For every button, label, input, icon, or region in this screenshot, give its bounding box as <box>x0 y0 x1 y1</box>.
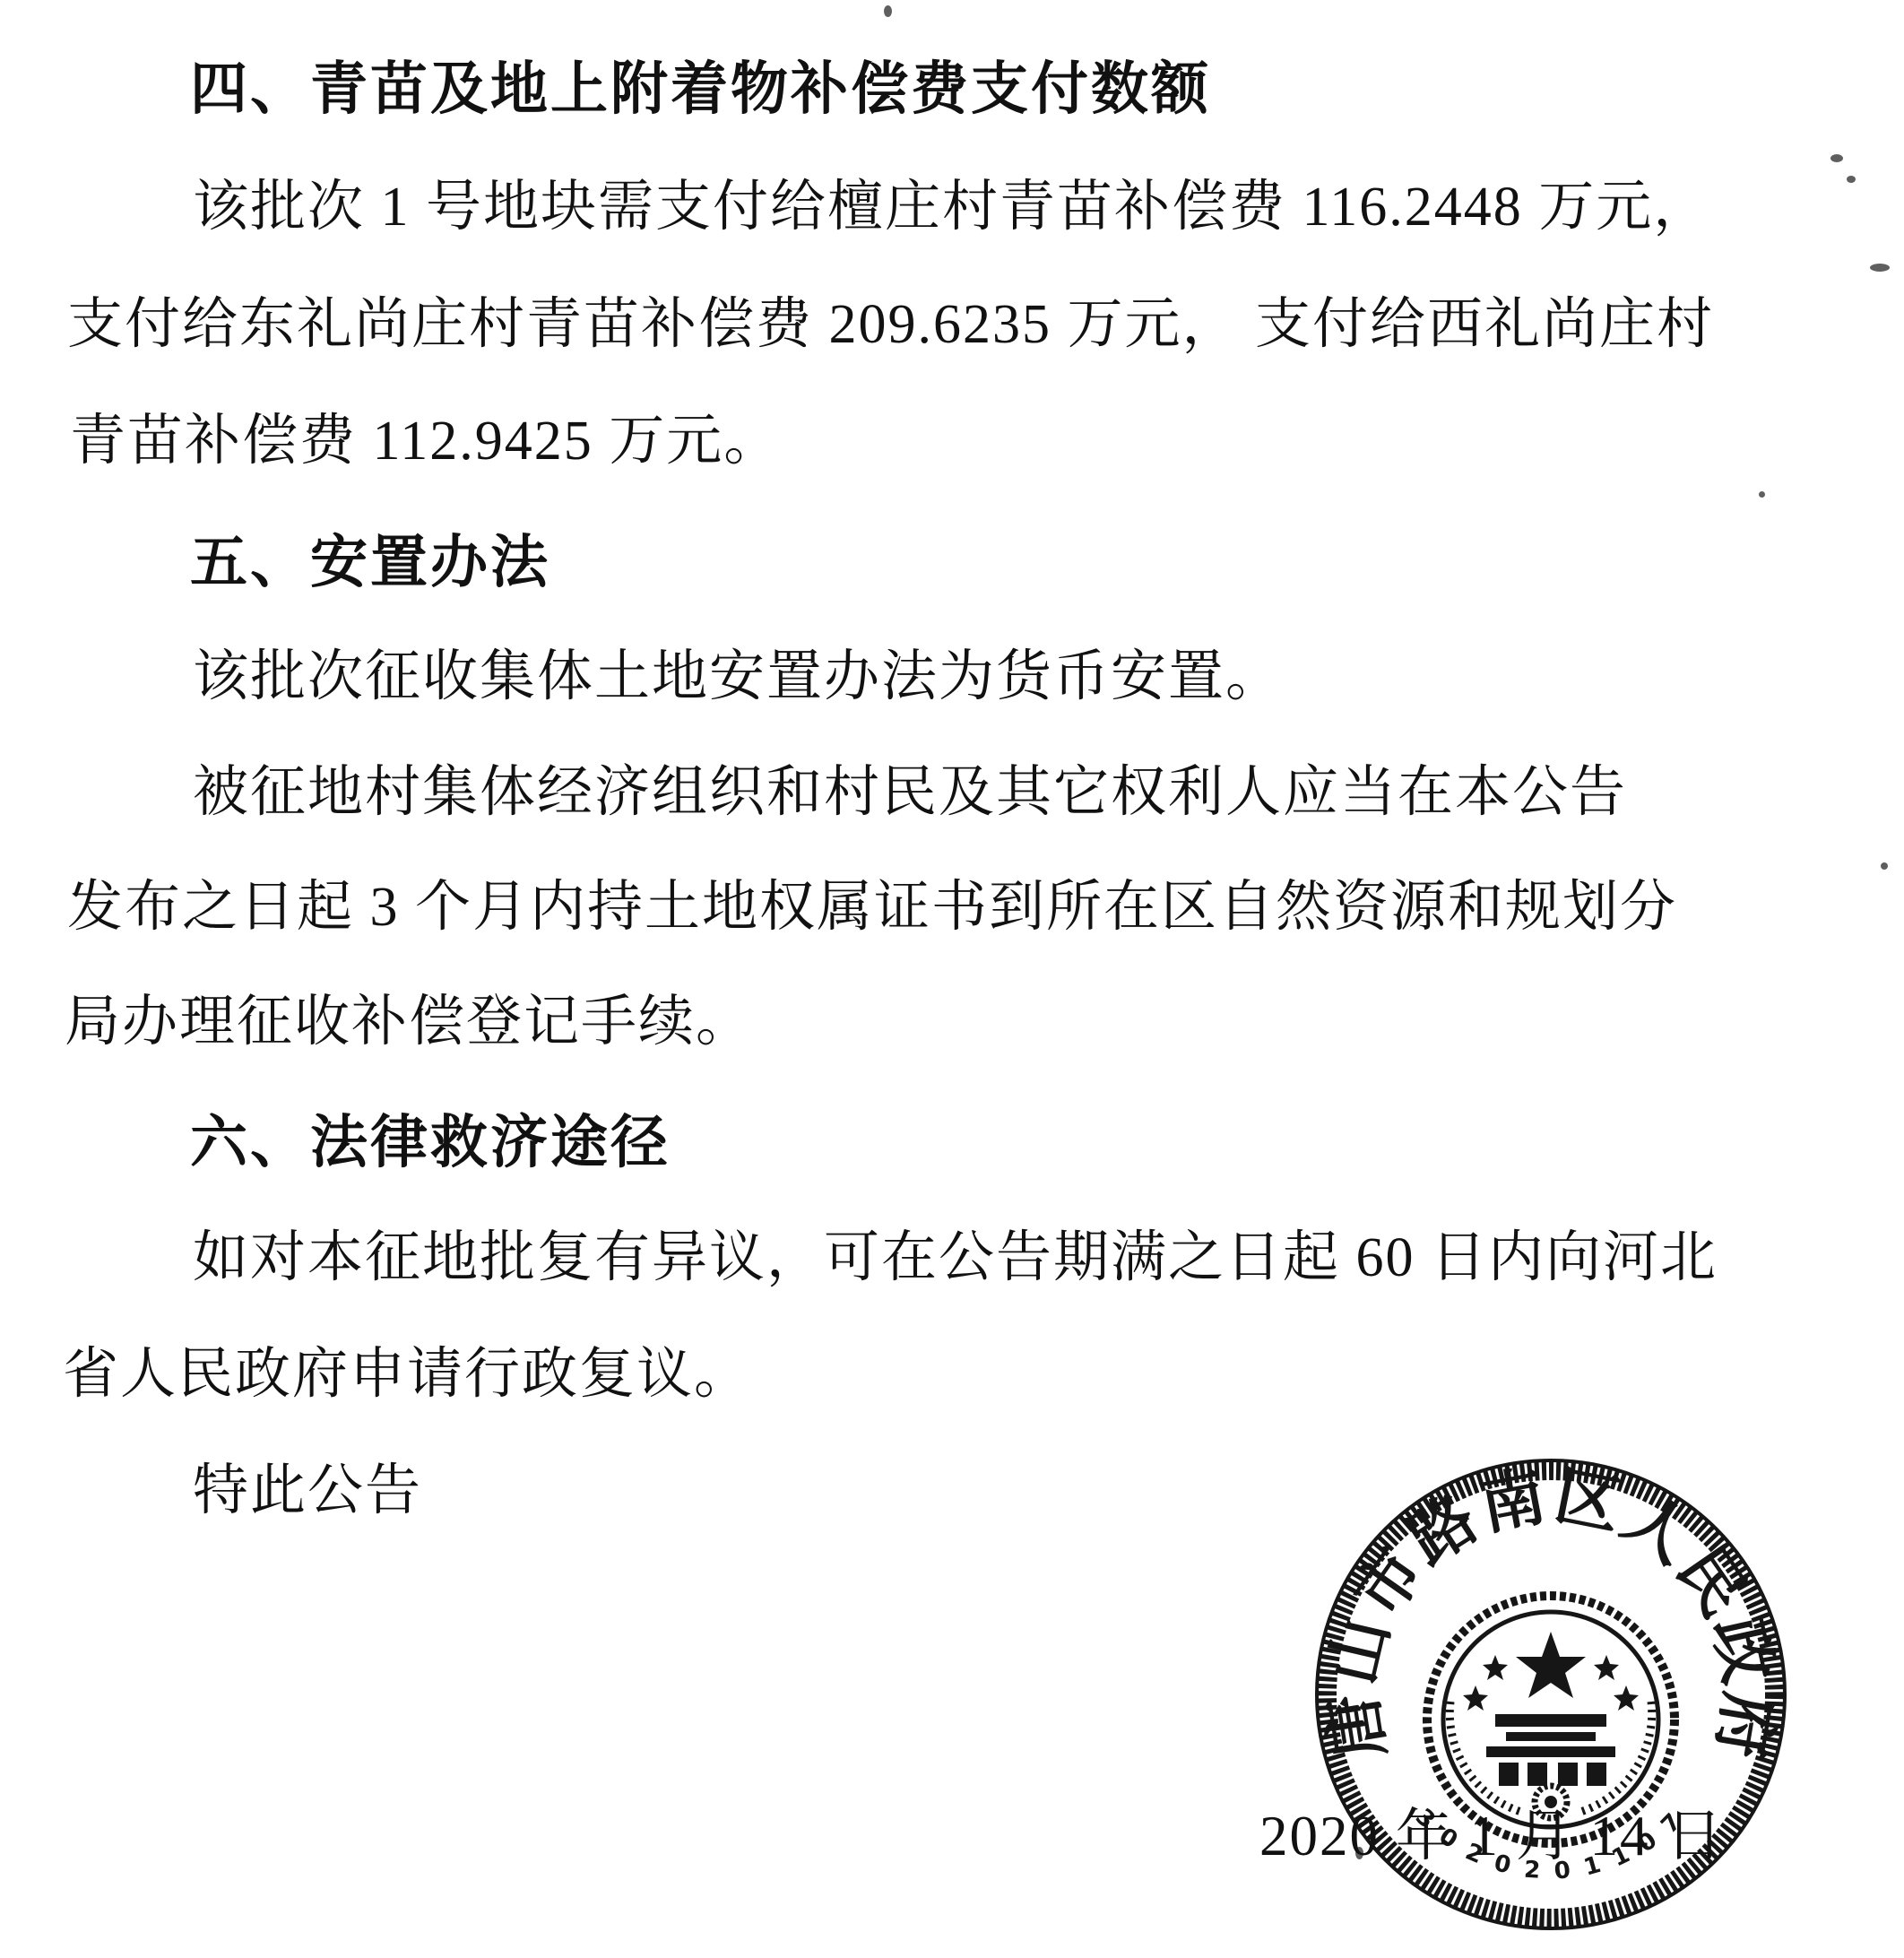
paragraph-line: 被征地村集体经济组织和村民及其它权利人应当在本公告 <box>193 751 1627 834</box>
paragraph-line: 局办理征收补偿登记手续。 <box>65 981 753 1063</box>
scan-noise-speck <box>1830 154 1843 162</box>
section-heading-6: 六、法律救济途径 <box>190 1102 671 1184</box>
section-heading-5: 五、安置办法 <box>190 522 550 604</box>
section-heading-4: 四、青苗及地上附着物补偿费支付数额 <box>190 48 1211 131</box>
paragraph-line: 发布之日起 3 个月内持土地权属证书到所在区自然资源和规划分 <box>67 866 1677 949</box>
paragraph-line: 青苗补偿费 112.9425 万元。 <box>70 400 781 482</box>
paragraph-line: 如对本征地批复有异议，可在公告期满之日起 60 日内向河北 <box>193 1217 1718 1299</box>
scan-noise-speck <box>1870 264 1890 272</box>
paragraph-line: 省人民政府申请行政复议。 <box>63 1333 751 1416</box>
paragraph-line: 支付给东礼尚庄村青苗补偿费 209.6235 万元， 支付给西礼尚庄村 <box>67 283 1714 366</box>
scan-noise-speck <box>1881 862 1888 870</box>
scanned-announcement-page: 四、青苗及地上附着物补偿费支付数额 该批次 1 号地块需支付给檀庄村青苗补偿费 … <box>0 0 1904 1958</box>
paragraph-line: 该批次征收集体土地安置办法为货币安置。 <box>193 636 1283 718</box>
paragraph-line: 该批次 1 号地块需支付给檀庄村青苗补偿费 116.2448 万元， <box>193 166 1710 248</box>
scan-noise-speck <box>884 5 892 17</box>
closing-statement: 特此公告 <box>193 1450 422 1532</box>
scan-noise-speck <box>1847 176 1856 183</box>
announcement-date: 2020 年 1 月 14 日 <box>1259 1795 1724 1877</box>
scan-noise-speck <box>1759 491 1765 498</box>
